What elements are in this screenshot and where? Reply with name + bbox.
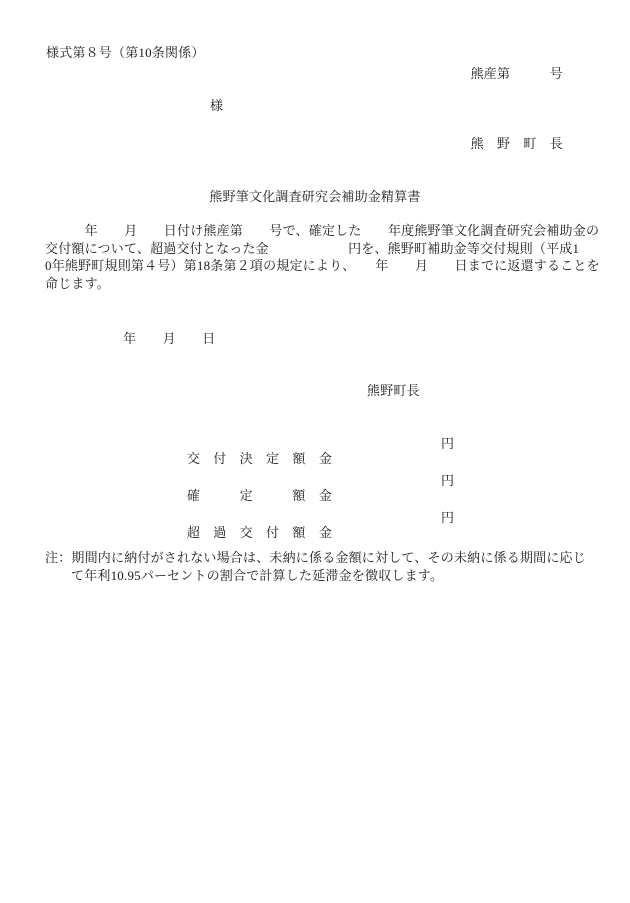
form-number: 様式第８号（第10条関係） — [46, 45, 205, 60]
issue-date-line: 年 月 日 — [123, 331, 215, 346]
body-line-3: 0年熊野町規則第４号）第18条第２項の規定により、 年 月 日までに返還すること… — [45, 257, 590, 275]
amount-unit-yen: 円 — [441, 510, 454, 525]
signer-name: 熊野町長 — [367, 383, 420, 398]
document-title: 熊野筆文化調査研究会補助金精算書 — [0, 186, 630, 205]
addressed-to-title: 熊 野 町 長 — [471, 133, 563, 152]
settlement-form-page: 様式第８号（第10条関係） 熊産第 号 様 熊 野 町 長 熊野筆文化調査研究会… — [0, 0, 630, 903]
body-paragraph: 年 月 日付け熊産第 号で、確定した 年度熊野筆文化調査研究会補助金の 交付額に… — [45, 222, 590, 292]
body-line-1: 年 月 日付け熊産第 号で、確定した 年度熊野筆文化調査研究会補助金の — [45, 222, 590, 240]
amount-label: 超 過 交 付 額 金 — [187, 525, 332, 540]
note-line-1: 注：期間内に納付がされない場合は、未納に係る金額に対して、その未納に係る期間に応… — [45, 550, 586, 565]
note-line-2: て年利10.95パーセントの割合で計算した延滞金を徴収します。 — [71, 568, 443, 583]
reference-number: 熊産第 号 — [471, 63, 563, 82]
amount-label: 交 付 決 定 額 金 — [187, 451, 332, 466]
body-line-4: 命じます。 — [45, 275, 590, 293]
addressee-honorific: 様 — [210, 98, 223, 113]
body-line-2: 交付額について、超過交付となった金 円を、熊野町補助金等交付規則（平成1 — [45, 240, 590, 258]
amount-unit-yen: 円 — [441, 436, 454, 451]
amount-unit-yen: 円 — [441, 473, 454, 488]
amount-label: 確 定 額 金 — [187, 488, 332, 503]
